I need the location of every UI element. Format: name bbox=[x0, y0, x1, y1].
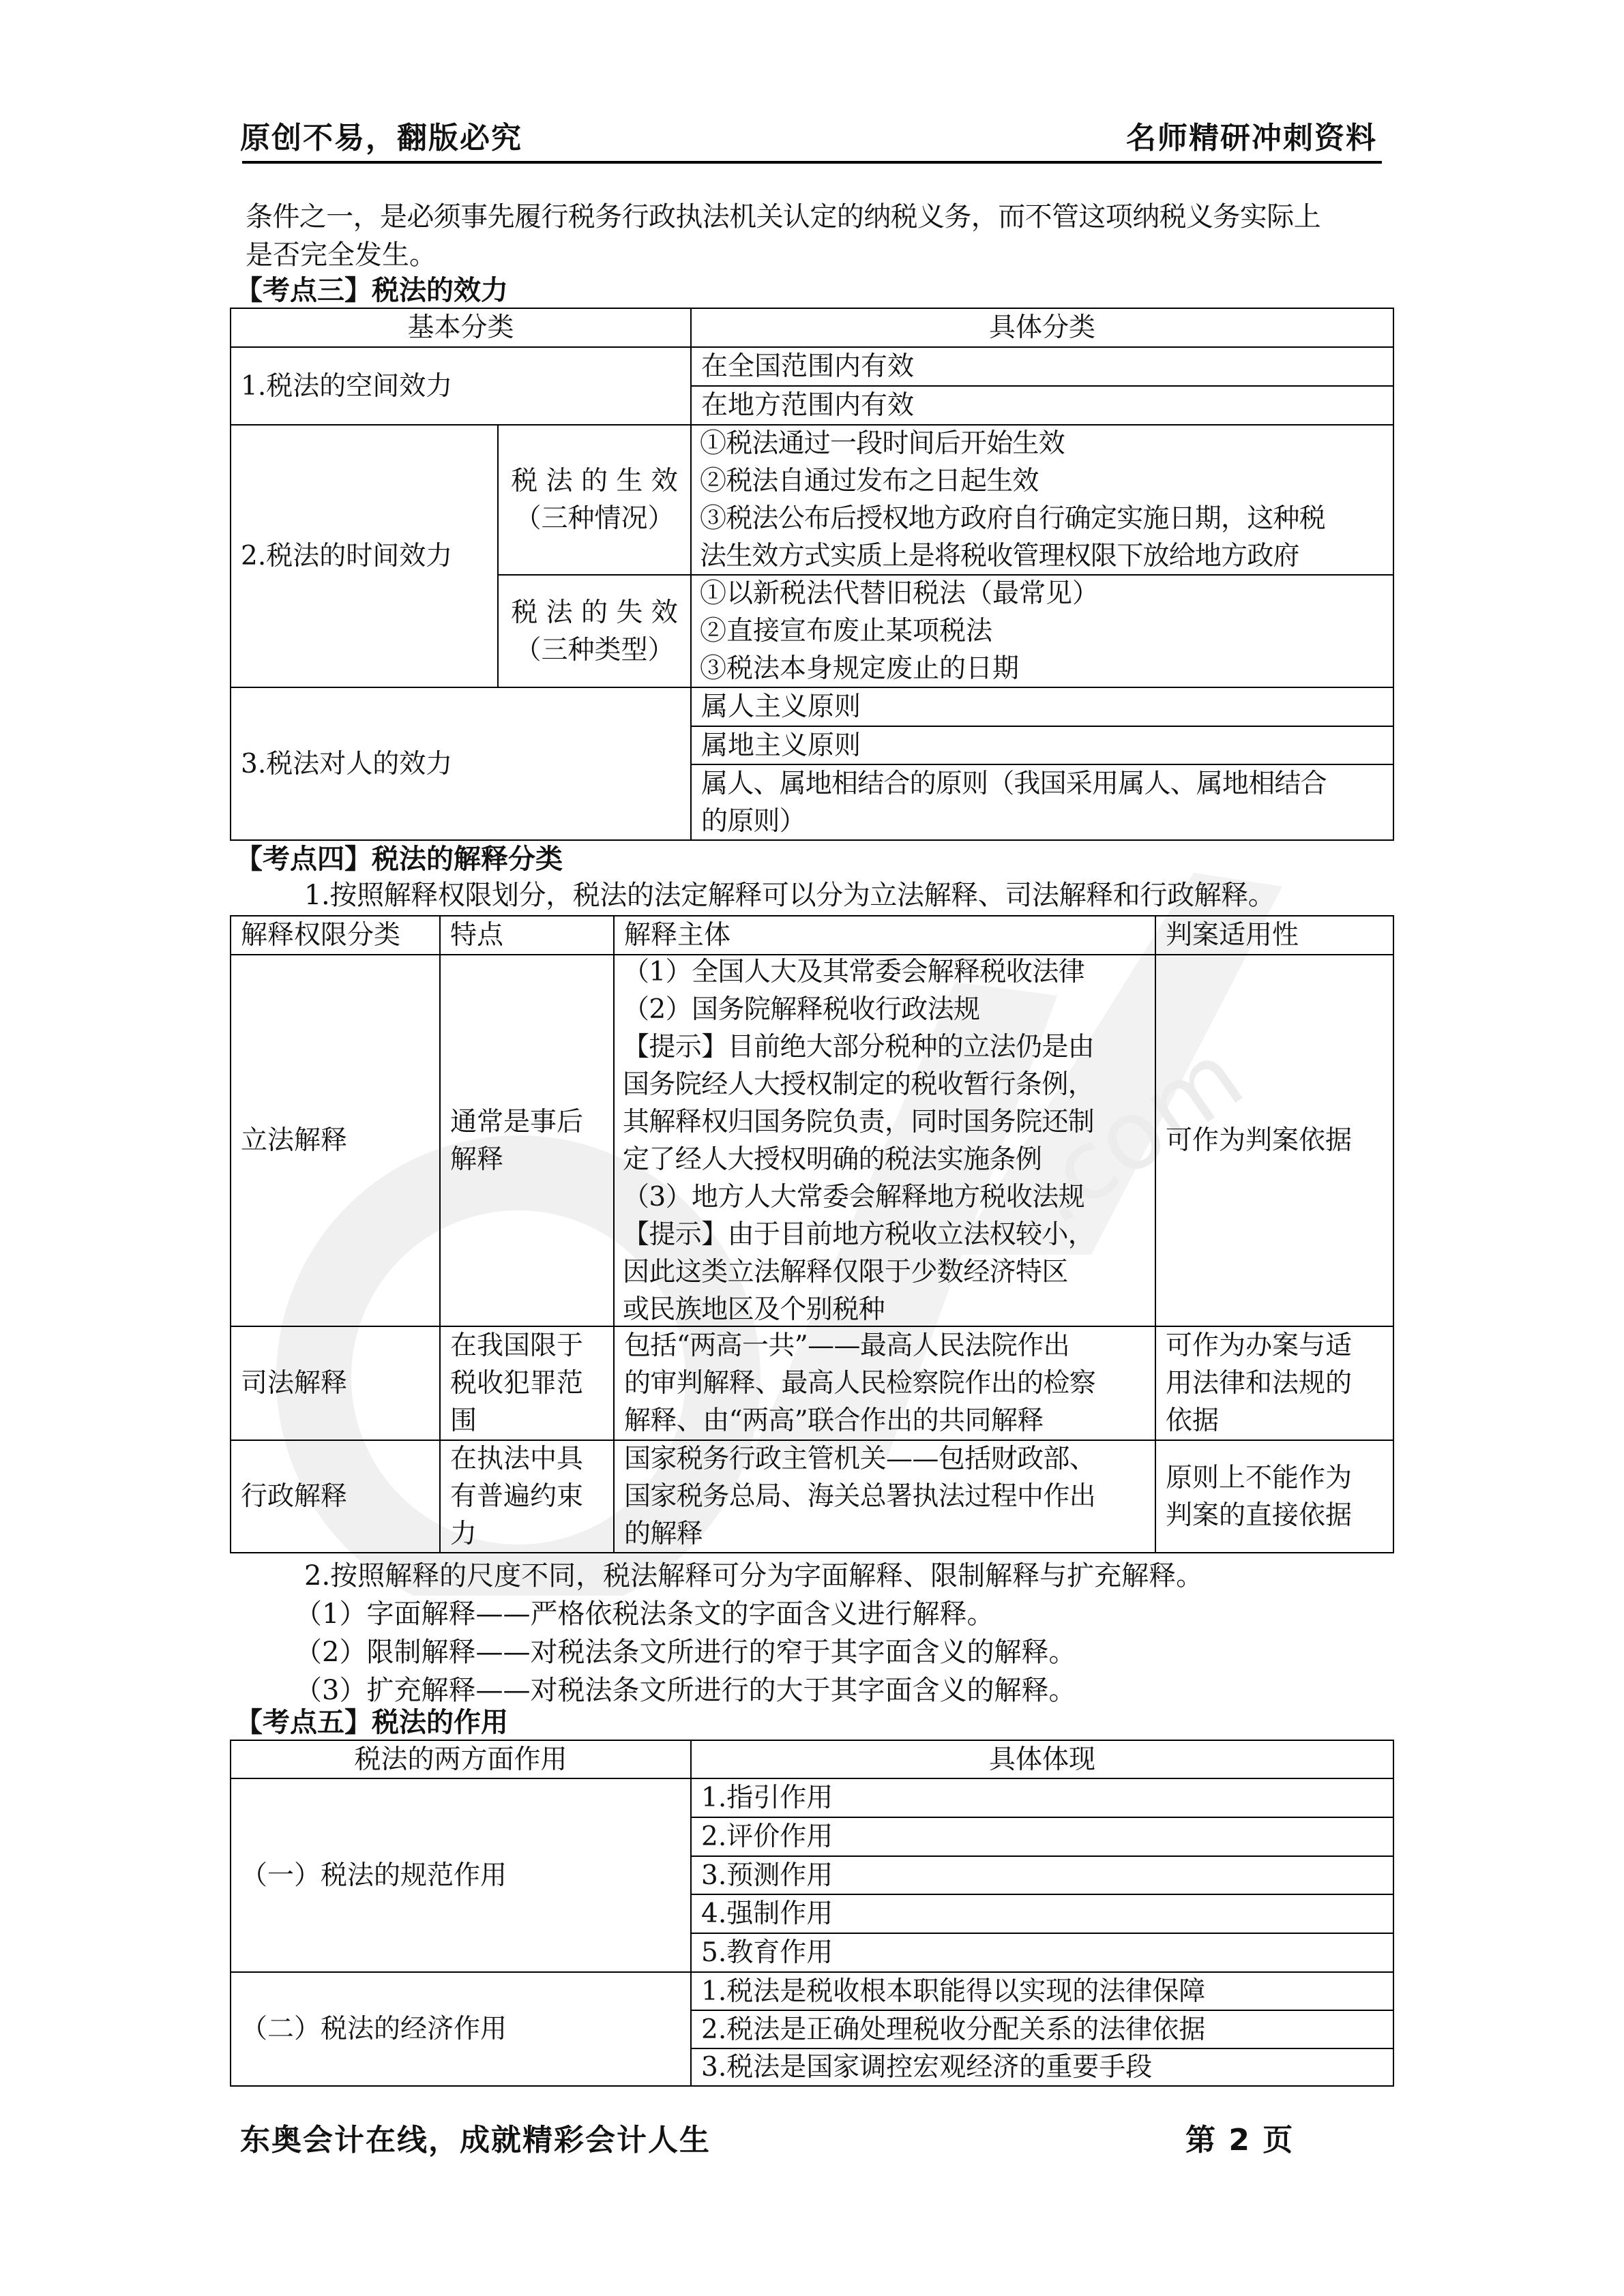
header-text: 具体分类 bbox=[989, 309, 1095, 346]
list-item: ②直接宣布废止某项税法 bbox=[700, 612, 1383, 650]
sub-label-expiry: 税 法 的 失 效 （三种类型） bbox=[497, 574, 692, 688]
row-label-time: 2.税法的时间效力 bbox=[230, 424, 499, 688]
cell-text: 的解释 bbox=[624, 1515, 1145, 1553]
table-cell: 3.预测作用 bbox=[690, 1855, 1394, 1895]
table-cell: 可作为判案依据 bbox=[1155, 954, 1394, 1327]
cell-text: 可作为办案与适 bbox=[1166, 1327, 1383, 1365]
cell-text: （3）地方人大常委会解释地方税收法规 bbox=[623, 1178, 1145, 1216]
list-item: ②税法自通过发布之日起生效 bbox=[700, 462, 1383, 500]
header-text: 解释权限分类 bbox=[241, 916, 430, 954]
cell-text: 力 bbox=[450, 1515, 604, 1553]
list-item: （3）扩充解释——对税法条文所进行的大于其字面含义的解释。 bbox=[295, 1671, 1076, 1710]
cell-text: 在全国范围内有效 bbox=[701, 348, 1383, 385]
cell-text: 【提示】由于目前地方税收立法权较小， bbox=[623, 1216, 1145, 1253]
cell-text: 属人、属地相结合的原则（我国采用属人、属地相结合 bbox=[701, 765, 1383, 803]
cell-text: 属地主义原则 bbox=[701, 727, 1383, 764]
cell-text: 【提示】目前绝大部分税种的立法仍是由 bbox=[623, 1028, 1145, 1066]
list-item: ①以新税法代替旧税法（最常见） bbox=[700, 575, 1383, 612]
cell-text: 国家税务总局、海关总署执法过程中作出 bbox=[624, 1478, 1145, 1515]
cell-text: 包括“两高一共”——最高人民法院作出 bbox=[624, 1327, 1145, 1365]
cell-text: 3.预测作用 bbox=[701, 1857, 1383, 1894]
header-text: 税法的两方面作用 bbox=[354, 1741, 567, 1778]
header-text: 判案适用性 bbox=[1166, 916, 1383, 954]
table-cell: 在全国范围内有效 bbox=[690, 346, 1394, 387]
row-label-person: 3.税法对人的效力 bbox=[230, 687, 692, 841]
section-heading: 【考点五】税法的作用 bbox=[235, 1706, 508, 1739]
table-cell: 5.教育作用 bbox=[690, 1933, 1394, 1973]
sub-label-effect: 税 法 的 生 效 （三种情况） bbox=[497, 424, 692, 576]
table-header-cell: 税法的两方面作用 bbox=[230, 1740, 692, 1779]
table-cell: 属人、属地相结合的原则（我国采用属人、属地相结合 的原则） bbox=[690, 764, 1394, 841]
table-cell: 4.强制作用 bbox=[690, 1894, 1394, 1934]
cell-text: 税 法 的 生 效 bbox=[511, 462, 678, 500]
table-cell: 1.税法是税收根本职能得以实现的法律保障 bbox=[690, 1971, 1394, 2011]
cell-text: 有普遍约束 bbox=[450, 1478, 604, 1515]
cell-text: 司法解释 bbox=[241, 1365, 430, 1402]
paragraph-line: 是否完全发生。 bbox=[246, 236, 437, 274]
cell-text: 判案的直接依据 bbox=[1166, 1497, 1383, 1534]
table-cell: 2.税法是正确处理税收分配关系的法律依据 bbox=[690, 2010, 1394, 2049]
cell-text: 因此这类立法解释仅限于少数经济特区 bbox=[623, 1253, 1145, 1291]
cell-text: 2.税法的时间效力 bbox=[241, 537, 488, 575]
table-cell: ①税法通过一段时间后开始生效 ②税法自通过发布之日起生效 ③税法公布后授权地方政… bbox=[690, 424, 1394, 576]
table-cell: 在我国限于 税收犯罪范 围 bbox=[439, 1326, 615, 1441]
table-cell: （1）全国人大及其常委会解释税收法律 （2）国务院解释税收行政法规 【提示】目前… bbox=[613, 954, 1156, 1327]
cell-text: 原则上不能作为 bbox=[1166, 1459, 1383, 1497]
cell-text: 2.税法是正确处理税收分配关系的法律依据 bbox=[701, 2011, 1383, 2048]
list-item: ①税法通过一段时间后开始生效 bbox=[700, 425, 1383, 462]
cell-text: 在我国限于 bbox=[450, 1327, 604, 1365]
table-cell: 原则上不能作为 判案的直接依据 bbox=[1155, 1440, 1394, 1553]
cell-text: 国务院经人大授权制定的税收暂行条例， bbox=[623, 1066, 1145, 1103]
table-cell: 在地方范围内有效 bbox=[690, 385, 1394, 426]
cell-text: 立法解释 bbox=[241, 1122, 430, 1159]
header-divider bbox=[242, 161, 1382, 164]
cell-text: （2）国务院解释税收行政法规 bbox=[623, 991, 1145, 1028]
table-header-cell: 解释主体 bbox=[613, 915, 1156, 955]
cell-text: 税收犯罪范 bbox=[450, 1365, 604, 1402]
header-text: 解释主体 bbox=[624, 916, 1145, 954]
header-text: 具体体现 bbox=[989, 1741, 1095, 1778]
list-item: ③税法本身规定废止的日期 bbox=[700, 650, 1383, 687]
header-text: 基本分类 bbox=[407, 309, 514, 346]
table-header-cell: 判案适用性 bbox=[1155, 915, 1394, 955]
cell-text: 解释 bbox=[450, 1141, 604, 1178]
table-cell: 通常是事后 解释 bbox=[439, 954, 615, 1327]
table-cell: 属地主义原则 bbox=[690, 726, 1394, 765]
cell-text: 其解释权归国务院负责，同时国务院还制 bbox=[623, 1103, 1145, 1141]
cell-text: 通常是事后 bbox=[450, 1103, 604, 1141]
footer-left-text: 东奥会计在线，成就精彩会计人生 bbox=[240, 2123, 711, 2158]
section-heading: 【考点三】税法的效力 bbox=[235, 274, 508, 307]
row-label-economic: （二）税法的经济作用 bbox=[230, 1971, 692, 2087]
paragraph-line: 2.按照解释的尺度不同，税法解释可分为字面解释、限制解释与扩充解释。 bbox=[304, 1557, 1203, 1595]
cell-text: 用法律和法规的 bbox=[1166, 1365, 1383, 1402]
cell-text: （1）全国人大及其常委会解释税收法律 bbox=[623, 954, 1145, 991]
table-cell: 1.指引作用 bbox=[690, 1778, 1394, 1818]
row-label-space: 1.税法的空间效力 bbox=[230, 346, 692, 426]
cell-text: 依据 bbox=[1166, 1402, 1383, 1440]
cell-text: 1.指引作用 bbox=[701, 1779, 1383, 1817]
cell-text: 国家税务行政主管机关——包括财政部、 bbox=[624, 1440, 1145, 1478]
cell-text: 或民族地区及个别税种 bbox=[623, 1291, 1145, 1328]
cell-text: （三种情况） bbox=[514, 500, 674, 537]
table-cell: ①以新税法代替旧税法（最常见） ②直接宣布废止某项税法 ③税法本身规定废止的日期 bbox=[690, 574, 1394, 688]
cell-text: 3.税法对人的效力 bbox=[241, 745, 681, 783]
cell-text: 的原则） bbox=[701, 803, 1383, 840]
cell-text: 解释、由“两高”联合作出的共同解释 bbox=[624, 1402, 1145, 1440]
table-header-cell: 具体分类 bbox=[690, 308, 1394, 348]
list-item: 法生效方式实质上是将税收管理权限下放给地方政府 bbox=[700, 537, 1383, 575]
table-cell: 2.评价作用 bbox=[690, 1817, 1394, 1857]
list-item: （1）字面解释——严格依税法条文的字面含义进行解释。 bbox=[295, 1595, 994, 1633]
paragraph-line: 1.按照解释权限划分，税法的法定解释可以分为立法解释、司法解释和行政解释。 bbox=[304, 876, 1275, 914]
table-header-cell: 基本分类 bbox=[230, 308, 692, 348]
cell-text: 5.教育作用 bbox=[701, 1934, 1383, 1971]
list-item: （2）限制解释——对税法条文所进行的窄于其字面含义的解释。 bbox=[295, 1633, 1076, 1671]
section-heading: 【考点四】税法的解释分类 bbox=[235, 843, 563, 876]
table-header-cell: 特点 bbox=[439, 915, 615, 955]
header-text: 特点 bbox=[450, 916, 604, 954]
interp-type-judicial: 司法解释 bbox=[230, 1326, 441, 1441]
page-number: 第 2 页 bbox=[1185, 2123, 1294, 2158]
cell-text: 1.税法是税收根本职能得以实现的法律保障 bbox=[701, 1973, 1383, 2010]
cell-text: 税 法 的 失 效 bbox=[511, 594, 678, 631]
table-cell: 属人主义原则 bbox=[690, 687, 1394, 727]
table-header-cell: 具体体现 bbox=[690, 1740, 1394, 1779]
header-left-text: 原创不易，翻版必究 bbox=[240, 121, 522, 155]
cell-text: 在执法中具 bbox=[450, 1440, 604, 1478]
cell-text: 行政解释 bbox=[241, 1478, 430, 1515]
table-cell: 国家税务行政主管机关——包括财政部、 国家税务总局、海关总署执法过程中作出 的解… bbox=[613, 1440, 1156, 1553]
cell-text: 可作为判案依据 bbox=[1166, 1122, 1383, 1159]
row-label-normative: （一）税法的规范作用 bbox=[230, 1778, 692, 1973]
table-cell: 包括“两高一共”——最高人民法院作出 的审判解释、最高人民检察院作出的检察 解释… bbox=[613, 1326, 1156, 1441]
paragraph-line: 条件之一，是必须事先履行税务行政执法机关认定的纳税义务，而不管这项纳税义务实际上 bbox=[246, 198, 1320, 236]
cell-text: （一）税法的规范作用 bbox=[241, 1857, 681, 1894]
interp-type-legislative: 立法解释 bbox=[230, 954, 441, 1327]
header-right-text: 名师精研冲刺资料 bbox=[1126, 121, 1377, 155]
cell-text: 在地方范围内有效 bbox=[701, 387, 1383, 424]
cell-text: 属人主义原则 bbox=[701, 688, 1383, 726]
cell-text: 的审判解释、最高人民检察院作出的检察 bbox=[624, 1365, 1145, 1402]
cell-text: 定了经人大授权明确的税法实施条例 bbox=[623, 1141, 1145, 1178]
table-cell: 3.税法是国家调控宏观经济的重要手段 bbox=[690, 2048, 1394, 2087]
cell-text: 4.强制作用 bbox=[701, 1895, 1383, 1933]
cell-text: 围 bbox=[450, 1402, 604, 1440]
cell-text: 1.税法的空间效力 bbox=[241, 368, 681, 405]
list-item: ③税法公布后授权地方政府自行确定实施日期，这种税 bbox=[700, 500, 1383, 537]
cell-text: （三种类型） bbox=[514, 631, 674, 669]
cell-text: 3.税法是国家调控宏观经济的重要手段 bbox=[701, 2048, 1383, 2086]
table-cell: 在执法中具 有普遍约束 力 bbox=[439, 1440, 615, 1553]
cell-text: （二）税法的经济作用 bbox=[241, 2010, 681, 2048]
cell-text: 2.评价作用 bbox=[701, 1818, 1383, 1855]
table-cell: 可作为办案与适 用法律和法规的 依据 bbox=[1155, 1326, 1394, 1441]
table-header-cell: 解释权限分类 bbox=[230, 915, 441, 955]
interp-type-administrative: 行政解释 bbox=[230, 1440, 441, 1553]
